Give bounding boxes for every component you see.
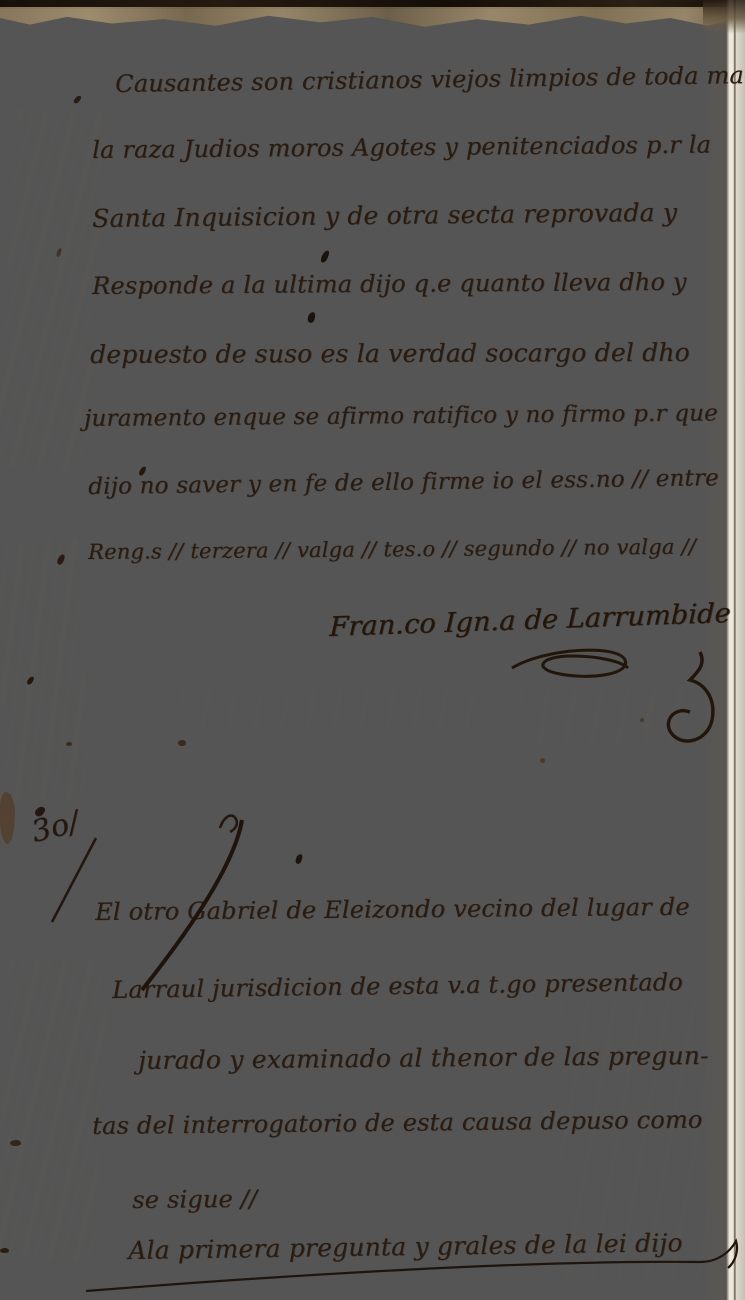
signature: Fran.co Ign.a de Larrumbide: [329, 598, 731, 643]
ink-blot: [73, 94, 83, 104]
manuscript-line: la raza Judios moros Agotes y penitencia…: [92, 131, 711, 164]
bleedthrough-smudge: [180, 690, 480, 730]
bleedthrough-smudge: [0, 958, 110, 1263]
book-gutter: [703, 0, 745, 1300]
ink-blot: [178, 740, 186, 746]
ink-blot: [0, 1248, 9, 1253]
ink-speck: [540, 758, 545, 763]
ink-speck: [66, 742, 72, 746]
bleedthrough-smudge: [0, 538, 91, 802]
manuscript-line: jurado y examinado al thenor de las preg…: [138, 1041, 709, 1075]
manuscript-line: Responde a la ultima dijo q.e quanto lle…: [92, 268, 687, 300]
ink-speck: [640, 718, 644, 722]
manuscript-line: dijo no saver y en fe de ello firme io e…: [88, 465, 719, 500]
manuscript-line: se sigue ∕∕: [132, 1185, 257, 1214]
margin-slash: [52, 838, 96, 922]
paper-deckle-edge: [0, 7, 745, 29]
book-gutter-shadow: [703, 0, 745, 34]
manuscript-page: Causantes son cristianos viejos limpios …: [0, 0, 745, 1300]
manuscript-line: Reng.s ∕∕ terzera ∕∕ valga ∕∕ tes.o ∕∕ s…: [88, 535, 696, 564]
manuscript-line: depuesto de suso es la verdad socargo de…: [90, 338, 690, 369]
ink-blot: [320, 249, 331, 263]
bleedthrough-smudge: [520, 688, 700, 746]
ink-blot: [10, 1140, 21, 1146]
ink-stain: [0, 792, 15, 844]
manuscript-line: El otro Gabriel de Eleizondo vecino del …: [95, 893, 690, 926]
manuscript-line: Santa Inquisicion y de otra secta reprov…: [92, 198, 677, 233]
manuscript-line: Causantes son cristianos viejos limpios …: [115, 61, 745, 98]
ink-blot: [294, 853, 303, 864]
squiggle-mark: [220, 816, 237, 832]
manuscript-line: juramento enque se afirmo ratifico y no …: [84, 400, 718, 432]
ink-blot: [307, 311, 317, 323]
manuscript-line: Larraul jurisdicion de esta v.a t.go pre…: [112, 968, 683, 1004]
signature-rubric: [512, 650, 628, 676]
